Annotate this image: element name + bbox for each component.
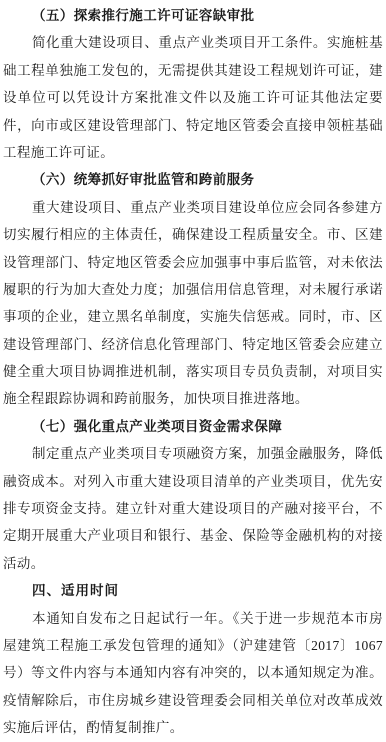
text-line: 建设管理部门、经济信息化管理部门、特定地区管委会应建立 — [3, 331, 383, 358]
text-line: 健全重大项目协调推进机制，落实项目专员负责制，对项目实 — [3, 358, 383, 385]
text-line: 定期开展重大产业项目和银行、基金、保险等金融机构的对接 — [3, 522, 383, 549]
text-line: 融资成本。对列入市重大建设项目清单的产业类项目，优先安 — [3, 468, 383, 495]
subsection-heading-6: （六）统筹抓好审批监管和跨前服务 — [3, 166, 383, 193]
text-line: 件，向市或区建设管理部门、特定地区管委会直接申领桩基础 — [3, 112, 383, 139]
section-7-funding-guarantee: （七）强化重点产业类项目资金需求保障 制定重点产业类项目专项融资方案，加强金融服… — [3, 413, 383, 577]
text-line: 履职的行为加大查处力度；加强信用信息管理，对未履行承诺 — [3, 276, 383, 303]
text-line: 本通知自发布之日起试行一年。《关于进一步规范本市房 — [3, 605, 383, 632]
text-line: 屋建筑工程施工承发包管理的通知》（沪建建管〔2017〕1067 — [3, 632, 383, 659]
text-line: 疫情解除后，市住房城乡建设管理委会同相关单位对改革成效 — [3, 687, 383, 714]
text-line: 施全程跟踪协调和跨前服务，加快项目推进落地。 — [3, 385, 383, 412]
section-heading-4: 四、适用时间 — [3, 577, 383, 604]
text-line: 活动。 — [3, 550, 383, 577]
text-line: 简化重大建设项目、重点产业类项目开工条件。实施桩基 — [3, 29, 383, 56]
text-line: 实施后评估，酌情复制推广。 — [3, 714, 383, 741]
text-line: 础工程单独施工发包的，无需提供其建设工程规划许可证，建 — [3, 57, 383, 84]
text-line: 制定重点产业类项目专项融资方案，加强金融服务，降低 — [3, 440, 383, 467]
subsection-heading-5: （五）探索推行施工许可证容缺审批 — [3, 2, 383, 29]
text-line: 设管理部门、特定地区管委会应加强事中事后监管，对未依法 — [3, 249, 383, 276]
subsection-heading-7: （七）强化重点产业类项目资金需求保障 — [3, 413, 383, 440]
text-line: 设单位可以凭设计方案批准文件以及施工许可证其他法定要 — [3, 84, 383, 111]
text-line: 事项的企业，建立黑名单制度，实施失信惩戒。同时，市、区 — [3, 303, 383, 330]
text-line: 号）等文件内容与本通知内容有冲突的，以本通知规定为准。 — [3, 659, 383, 686]
section-4-applicable-period: 四、适用时间 本通知自发布之日起试行一年。《关于进一步规范本市房 屋建筑工程施工… — [3, 577, 383, 741]
text-line: 工程施工许可证。 — [3, 139, 383, 166]
section-5-tolerance-approval: （五）探索推行施工许可证容缺审批 简化重大建设项目、重点产业类项目开工条件。实施… — [3, 2, 383, 166]
text-line: 重大建设项目、重点产业类项目建设单位应会同各参建方 — [3, 194, 383, 221]
document-page: （五）探索推行施工许可证容缺审批 简化重大建设项目、重点产业类项目开工条件。实施… — [0, 0, 386, 742]
text-line: 切实履行相应的主体责任，确保建设工程质量安全。市、区建 — [3, 221, 383, 248]
text-line: 排专项资金支持。建立针对重大建设项目的产融对接平台，不 — [3, 495, 383, 522]
section-6-supervision-service: （六）统筹抓好审批监管和跨前服务 重大建设项目、重点产业类项目建设单位应会同各参… — [3, 166, 383, 413]
